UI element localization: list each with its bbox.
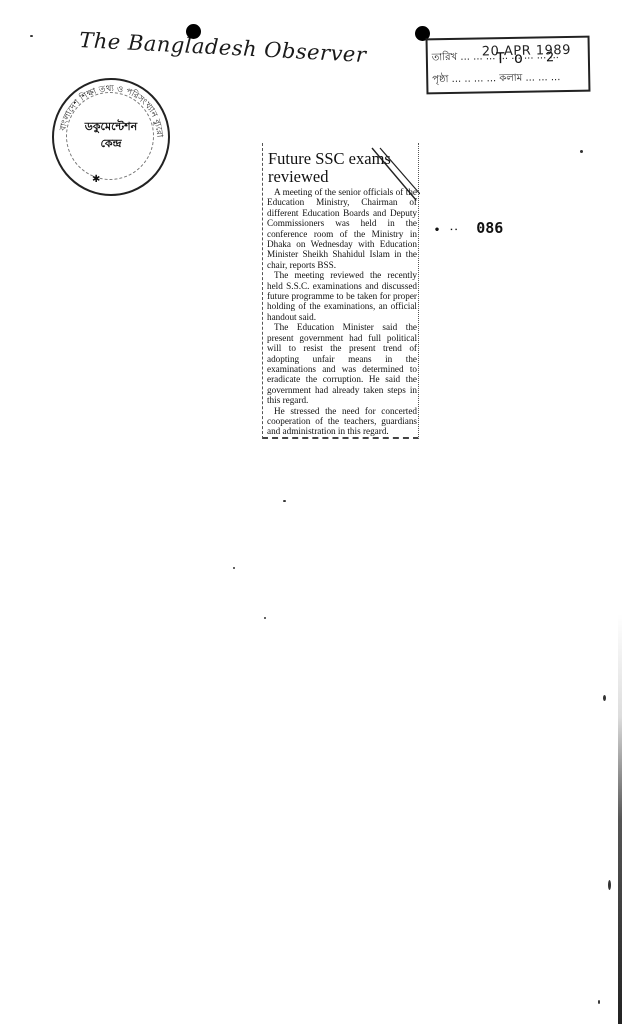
- scan-edge-shadow: [618, 0, 622, 1024]
- scan-speck: [233, 567, 235, 569]
- star-icon: ✱: [92, 174, 100, 185]
- column-label: কলাম: [499, 73, 522, 84]
- file-number: • ᐧᐧ 086: [434, 219, 503, 237]
- page-label: পৃষ্ঠা: [432, 74, 448, 85]
- scan-speck: [283, 500, 286, 502]
- scan-speck: [264, 617, 266, 619]
- seal-center-line2: কেন্দ্র: [54, 135, 168, 152]
- seal-center-text: ডকুমেন্টেশন কেন্দ্র: [54, 118, 168, 152]
- article-paragraph: The Education Minister said the present …: [267, 322, 417, 405]
- scan-speck: [598, 1000, 600, 1004]
- article-paragraph: The meeting reviewed the recently held S…: [267, 270, 417, 322]
- scan-speck: [608, 880, 611, 890]
- column-value: 2: [546, 50, 555, 65]
- documentation-centre-seal: বাংলাদেশ শিক্ষা তথ্য ও পরিসংখ্যান ব্যুরো…: [52, 78, 170, 196]
- article-paragraph: He stressed the need for concerted coope…: [267, 406, 417, 437]
- file-number-value: 086: [476, 219, 503, 237]
- page-value: T o: [496, 49, 523, 67]
- headline-line2: reviewed: [268, 168, 418, 186]
- scan-speck: [30, 35, 33, 37]
- article-headline: Future SSC exams reviewed: [268, 150, 418, 186]
- article-paragraph: A meeting of the senior officials of the…: [267, 187, 417, 270]
- scan-speck: [580, 150, 583, 153]
- file-number-marks: • ᐧᐧ: [434, 225, 459, 236]
- headline-line1: Future SSC exams: [268, 150, 418, 168]
- date-stamp: তারিখ ... ... ... ... ... ... ... ... 20…: [426, 36, 591, 95]
- scan-speck: [603, 695, 606, 701]
- page-row: পৃষ্ঠা ... .. ... ... কলাম ... ... ...: [432, 70, 560, 89]
- punch-hole: [186, 24, 201, 39]
- article-body: A meeting of the senior officials of the…: [267, 187, 417, 437]
- date-label: তারিখ: [432, 52, 458, 63]
- newspaper-masthead: The Bangladesh Observer: [79, 28, 367, 67]
- seal-center-line1: ডকুমেন্টেশন: [54, 118, 168, 135]
